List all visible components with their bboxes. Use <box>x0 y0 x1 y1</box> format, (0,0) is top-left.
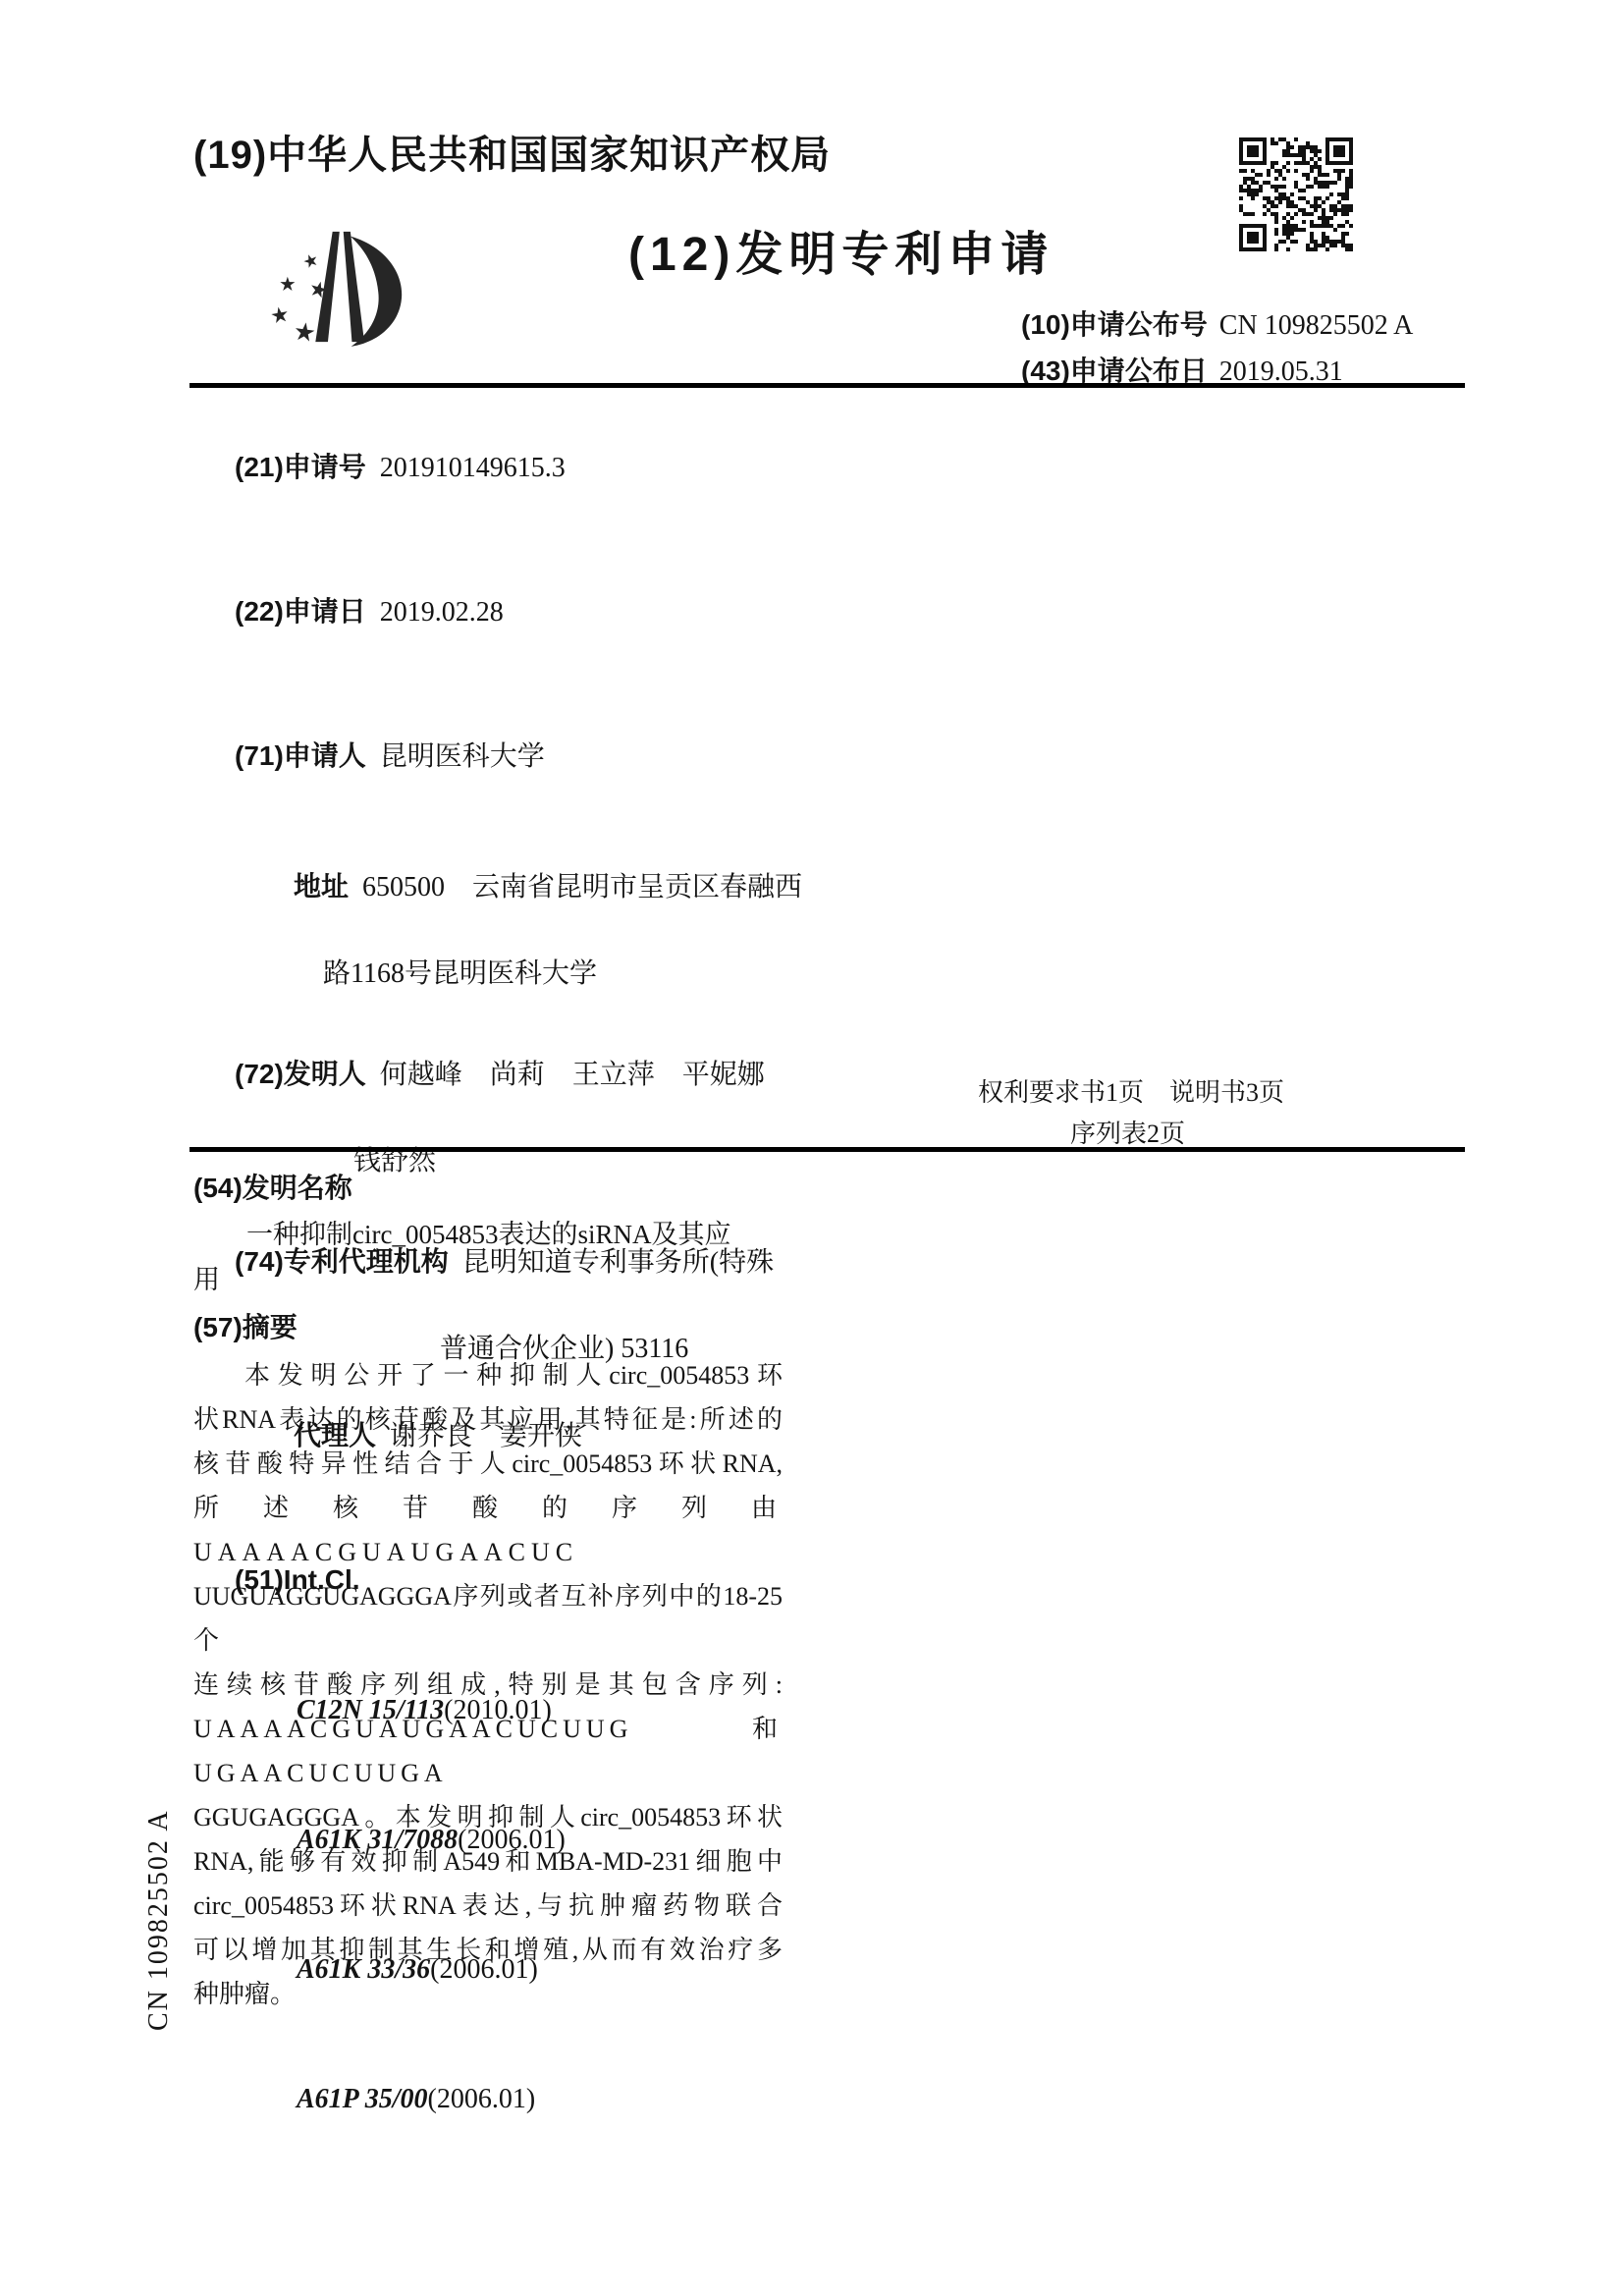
abstract-line: 状RNA表达的核苷酸及其应用,其特征是:所述的 <box>193 1397 783 1442</box>
document-type-title: (12)发明专利申请 <box>628 216 1054 284</box>
pages-info-line1: 权利要求书1页 说明书3页 <box>978 1072 1284 1109</box>
abstract-line: RNA,能够有效抑制A549和MBA-MD-231细胞中 <box>193 1839 783 1884</box>
abstract-line: UAAAACGUAUGAACUCUUG和UGAACUCUUGA <box>193 1707 783 1795</box>
field-applicant: (71)申请人昆明医科大学 <box>193 691 881 822</box>
abstract-line: 种肿瘤。 <box>193 1972 783 2016</box>
abstract-line: 本发明公开了一种抑制人circ_0054853环 <box>193 1353 783 1397</box>
abstract-line: UUGUAGGUGAGGGA序列或者互补序列中的18-25个 <box>193 1574 783 1663</box>
invention-title-label: (54)发明名称 <box>193 1167 352 1206</box>
abstract-line: 可以增加其抑制其生长和增殖,从而有效治疗多 <box>193 1928 783 1972</box>
abstract-line: circ_0054853环状RNA表达,与抗肿瘤药物联合 <box>193 1884 783 1928</box>
invention-title-line: 用 <box>193 1257 802 1302</box>
abstract-line: 连续核苷酸序列组成,特别是其包含序列: <box>193 1663 783 1707</box>
patent-office-name: (19)中华人民共和国国家知识产权局 <box>193 124 831 180</box>
field-application-number: (21)申请号201910149615.3 <box>193 403 881 533</box>
abstract-line: 核苷酸特异性结合于人circ_0054853环状RNA, <box>193 1442 783 1486</box>
abstract-line: 所述核苷酸的序列由UAAAACGUAUGAACUC <box>193 1486 783 1574</box>
patent-front-page: (19)中华人民共和国国家知识产权局 (12)发明专利申请 (10) <box>0 0 1622 2296</box>
invention-title: 一种抑制circ_0054853表达的siRNA及其应 用 <box>193 1212 802 1302</box>
field-address-continuation: 路1168号昆明医科大学 <box>193 953 881 996</box>
int-cl-code-row: A61P 35/00(2006.01) <box>193 2035 881 2164</box>
horizontal-rule-middle <box>189 1147 1465 1152</box>
pages-info-line2: 序列表2页 <box>1070 1114 1185 1150</box>
horizontal-rule-top <box>189 383 1465 388</box>
abstract-line: GGUGAGGGA。本发明抑制人circ_0054853环状 <box>193 1795 783 1839</box>
sidebar-publication-number: CN 109825502 A <box>143 1819 175 2031</box>
cnipa-logo <box>261 224 416 352</box>
publication-number-value: CN 109825502 A <box>1219 310 1414 341</box>
abstract-text: 本发明公开了一种抑制人circ_0054853环 状RNA表达的核苷酸及其应用,… <box>193 1353 783 2016</box>
publication-block: (10)申请公布号CN 109825502 A (43)申请公布日2019.05… <box>1021 302 1413 395</box>
qr-code-svg <box>1239 137 1353 251</box>
field-inventors: (72)发明人何越峰 尚莉 王立萍 平妮娜 <box>193 1010 881 1140</box>
qr-code <box>1239 137 1353 251</box>
logo-monument <box>315 232 402 347</box>
publication-number-line: (10)申请公布号CN 109825502 A <box>1021 302 1413 349</box>
abstract-label: (57)摘要 <box>193 1306 297 1345</box>
publication-date-label: (43)申请公布日 <box>1021 355 1208 386</box>
field-application-date: (22)申请日2019.02.28 <box>193 547 881 678</box>
field-address: 地址650500 云南省昆明市呈贡区春融西 <box>193 822 881 953</box>
cnipa-logo-svg <box>261 224 416 352</box>
invention-title-line: 一种抑制circ_0054853表达的siRNA及其应 <box>193 1212 802 1257</box>
publication-number-label: (10)申请公布号 <box>1021 309 1208 340</box>
